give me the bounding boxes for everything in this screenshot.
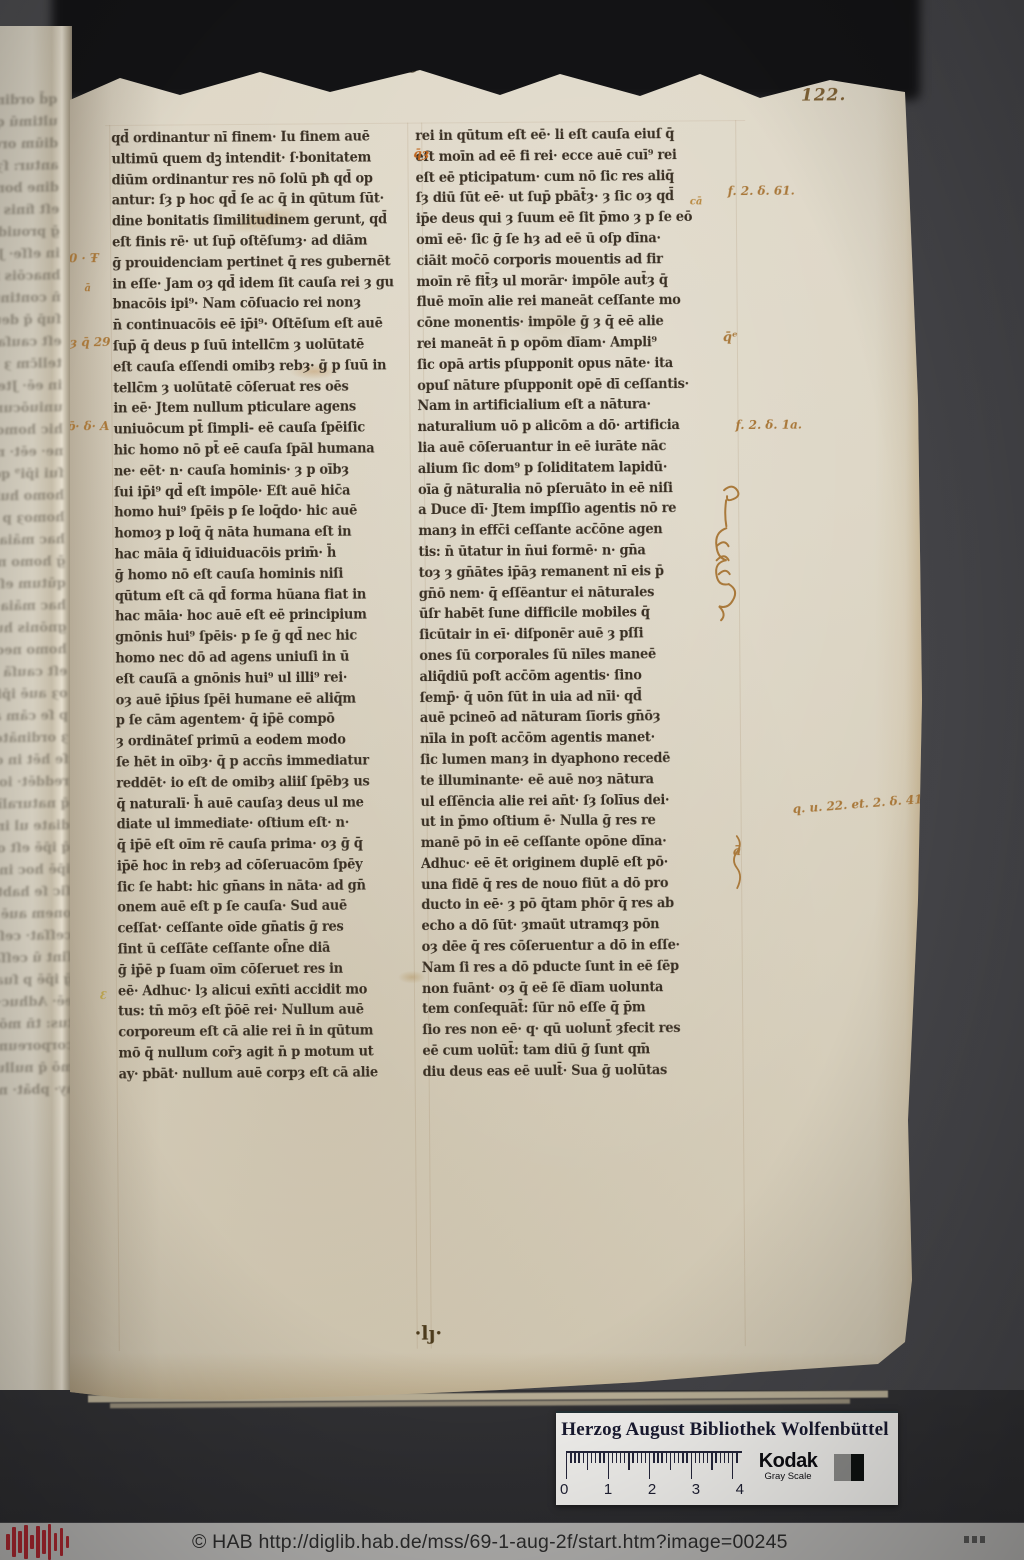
margin-note: q̄ᵉ (723, 330, 738, 345)
manuscript-text-line: toȝ ȝ gn̄ātes ip̄āȝ remanent nī eis p̄ (419, 561, 741, 585)
page-content: ·Ʒ· 122. ·lȷ· qd̄ ordinantur nī finem· I… (65, 67, 931, 1410)
margin-note: q. u. 22. et. 2. δ. 41 (792, 792, 923, 816)
margin-note: f. 2. δ. 61. (728, 184, 795, 199)
manuscript-text-line: ip̄ē hoc in rebȝ ad cōſeruacōm ſpēy (117, 855, 415, 879)
library-name: Herzog August Bibliothek Wolfenbüttel (556, 1418, 894, 1442)
black-swatch (851, 1454, 865, 1481)
kodak-logo: Kodak (750, 1451, 826, 1471)
manuscript-text-line: ne· eēt· n· cauſa hominis· ȝ p oībȝ (114, 459, 412, 483)
ruler-number: 1 (604, 1481, 612, 1498)
manuscript-text-line: hac māia q̄ īdiuiduacōis prim̄· h̄ (114, 543, 412, 567)
manuscript-text-line: homo nec dō ad agens uniuſi in ū (115, 647, 413, 671)
ruler-number: 2 (648, 1481, 656, 1498)
library-scale-label: Herzog August Bibliothek Wolfenbüttel 01… (556, 1411, 898, 1505)
manuscript-scan-photo: qd̄ ordinantur nī finem· Iu finem auēult… (0, 0, 1024, 1560)
manuscript-text-line: ḡ ip̄ē p ſuam oīm cōſeruet res in (118, 959, 416, 983)
manuscript-text-line: ſe hēt in oībȝ· q̄ p accn̄s immediatur (116, 751, 414, 775)
kodak-branding: Kodak Gray Scale (750, 1451, 826, 1482)
previous-folio-edge: qd̄ ordinantur nī finem· Iu finem auēult… (0, 26, 72, 1390)
ruler-number: 0 (560, 1481, 568, 1498)
manuscript-text-line: te illuminante· eē auē noȝ nātura (420, 769, 742, 793)
margin-flourish-icon (727, 832, 748, 897)
manuscript-text-line: ciāit moc̄ō corporis mouentis ad fir (416, 249, 738, 273)
rubric-mark: q̄ȝ (413, 147, 429, 161)
manuscript-text-line: eſt cauſā a gnōnis hui⁹ ul illi⁹ rei· (115, 667, 413, 691)
copyright-url-text: © HAB http://diglib.hab.de/mss/69-1-aug-… (192, 1529, 788, 1555)
manuscript-text-line: hic homo nō pt̄ eē cauſa ſpāl humana (114, 439, 412, 463)
showthrough-text: qd̄ ordinantur nī finem· Iu finem auēult… (0, 89, 72, 1106)
gray-scale-patch (834, 1454, 864, 1481)
interlinear-gloss: cā (690, 196, 703, 207)
top-shadow (52, 0, 920, 100)
ruler-ticks (566, 1451, 742, 1483)
manuscript-text-line: ḡ homo nō eſt cauſa hominis niſi (115, 563, 413, 587)
gray-swatch (834, 1454, 851, 1481)
text-column-right: rei in qūtum eſt eē· li eſt cauſa eiuſ q… (415, 124, 745, 1088)
quire-signature: ·lȷ· (415, 1322, 443, 1344)
ruler-number: 4 (736, 1481, 744, 1498)
manuscript-text-line: ſic opā artis pſupponit opus nāte· ita (417, 353, 739, 377)
manuscript-text-line: aliq̄diū poſt acc̄ōm agentis· ſino (419, 665, 741, 689)
manuscript-text-line: ultimū quem dꝫ intendit· ſ·bonitatem (111, 147, 409, 171)
hab-red-bars-logo (4, 1524, 94, 1559)
text-column-left: qd̄ ordinantur nī finem· Iu finem auēult… (111, 127, 417, 1091)
manuscript-text-line: alium ſic dom⁹ p ſoliditatem lapidū· (418, 457, 740, 481)
ruler-number: 3 (692, 1481, 700, 1498)
manuscript-text-line: ḡ prouidenciam pertinet q̄ res gubernēt (112, 251, 410, 275)
manuscript-text-line: reddēt· io eſt de omibȝ aliiſ ſpēbȝ us (116, 771, 414, 795)
manicule-flourish-icon (704, 482, 753, 627)
manuscript-text-line: ay· pbāt· nullum auē corpȝ eſt cā alie (119, 1063, 417, 1087)
manuscript-text-line: diu deus eas eē uult̄· Sua ḡ uolūtas (423, 1060, 745, 1084)
margin-note: ā (84, 283, 91, 294)
digitization-footer-bar: © HAB http://diglib.hab.de/mss/69-1-aug-… (0, 1523, 1024, 1560)
gray-scale-caption: Gray Scale (750, 1471, 826, 1482)
registration-marks-icon (964, 1536, 985, 1543)
manuscript-page: ·Ʒ· 122. ·lȷ· qd̄ ordinantur nī finem· I… (70, 70, 926, 1406)
ghost-text-line: ay· pbāt· nullum auē corpȝ eſt cā alie (0, 1079, 72, 1107)
ruler-numbers: 01234 (560, 1481, 744, 1498)
folio-number: 122. (801, 85, 847, 105)
manuscript-text-line: eſt cauſa eſſendi omibȝ rebȝ· ḡ p ſuū in (113, 355, 411, 379)
manuscript-text-line: ſup̄ q̄ deus p ſuū intellc̄m ȝ uolūtatē (113, 335, 411, 359)
margin-note: ꜫ (100, 989, 107, 1002)
margin-note: f. 2. δ. 1a. (735, 418, 802, 433)
manuscript-text-line: eſt moīn ad eē fi rei· ecce auē cuī⁹ rei (415, 145, 737, 169)
